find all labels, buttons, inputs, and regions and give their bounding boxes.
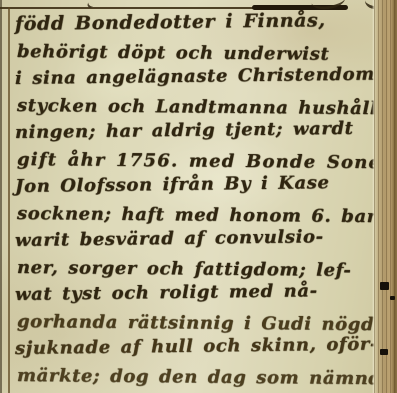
edge-mark	[390, 296, 395, 300]
book-page-edge	[374, 0, 397, 393]
manuscript-line: sjuknade af hull och skinn, oför-	[15, 331, 373, 362]
manuscript-line: Jon Olofsson ifrån By i Kase	[15, 169, 373, 200]
photo-left-edge	[0, 0, 2, 393]
manuscript-line: född Bondedotter i Finnås,	[15, 7, 373, 38]
manuscript-line: i sina angelägnaste Christendoms	[15, 61, 373, 92]
manuscript-page: född Bondedotter i Finnås, behörigt döpt…	[0, 0, 397, 393]
manuscript-line: warit besvärad af convulsio-	[15, 223, 373, 254]
manuscript-line: ningen; har aldrig tjent; wardt	[15, 115, 373, 146]
edge-mark	[380, 282, 389, 290]
manuscript-line: märkte; dog den dag som nämnd är.	[17, 362, 375, 392]
edge-mark	[380, 349, 388, 355]
manuscript-line: wat tyst och roligt med nå-	[15, 277, 373, 308]
manuscript-text: född Bondedotter i Finnås, behörigt döpt…	[15, 11, 373, 389]
left-margin-rule	[8, 7, 10, 393]
